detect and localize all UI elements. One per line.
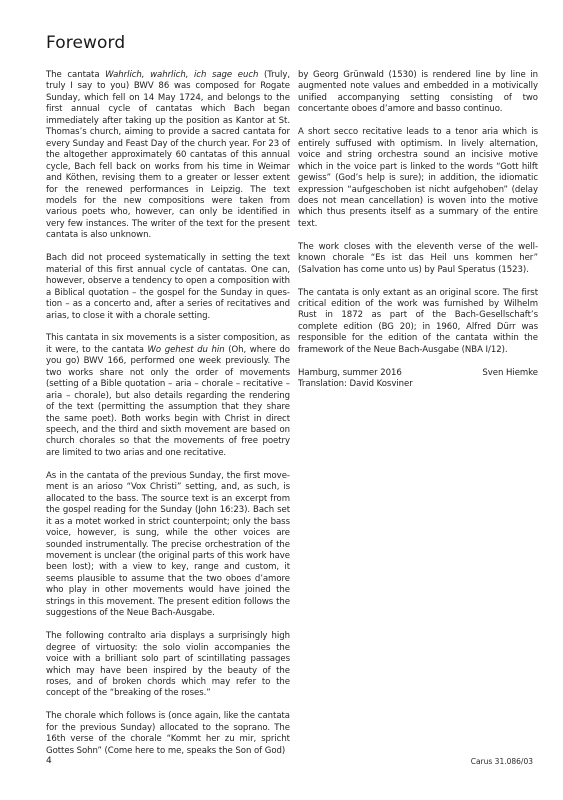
paragraph-sister-composition: This cantata in six movements is a siste… xyxy=(46,333,290,459)
paragraph-closing-chorale: The work closes with the eleventh verse … xyxy=(298,242,538,276)
text-run: (Truly, truly I say to you) BWV 86 was c… xyxy=(46,70,290,240)
paragraph-editions: The cantata is only extant as an origina… xyxy=(298,288,538,357)
paragraph-structure: Bach did not proceed systematically in s… xyxy=(46,253,290,322)
left-column: The cantata Wahrlich, wahrlich, ich sage… xyxy=(46,70,290,769)
text-run: (Oh, where do you go) BWV 166, performed… xyxy=(46,345,290,458)
signature-line: Hamburg, summer 2016 Sven Hiemke xyxy=(298,368,538,379)
page-number: 4 xyxy=(46,756,52,766)
author-name: Sven Hiemke xyxy=(482,368,538,379)
paragraph-intro: The cantata Wahrlich, wahrlich, ich sage… xyxy=(46,70,290,242)
paragraph-chorale: The chorale which follows is (once again… xyxy=(46,711,290,757)
right-column: by Georg Grünwald (1530) is rendered lin… xyxy=(298,70,538,402)
translation-credit: Translation: David Kosviner xyxy=(298,379,538,390)
paragraph-first-movement: As in the cantata of the previous Sunday… xyxy=(46,471,290,620)
cantata-title-italic: Wahrlich, wahrlich, ich sage euch xyxy=(105,70,258,80)
cantata-title-italic: Wo gehest du hin xyxy=(148,345,225,355)
paragraph-tenor-aria: A short secco recitative leads to a teno… xyxy=(298,127,538,230)
place-date: Hamburg, summer 2016 xyxy=(298,368,402,379)
catalog-code: Carus 31.086/03 xyxy=(471,757,533,766)
page-title: Foreword xyxy=(46,33,125,53)
paragraph-contralto-aria: The following contralto aria displays a … xyxy=(46,631,290,700)
text-run: The cantata xyxy=(46,70,105,80)
paragraph-chorale-continued: by Georg Grünwald (1530) is rendered lin… xyxy=(298,70,538,116)
